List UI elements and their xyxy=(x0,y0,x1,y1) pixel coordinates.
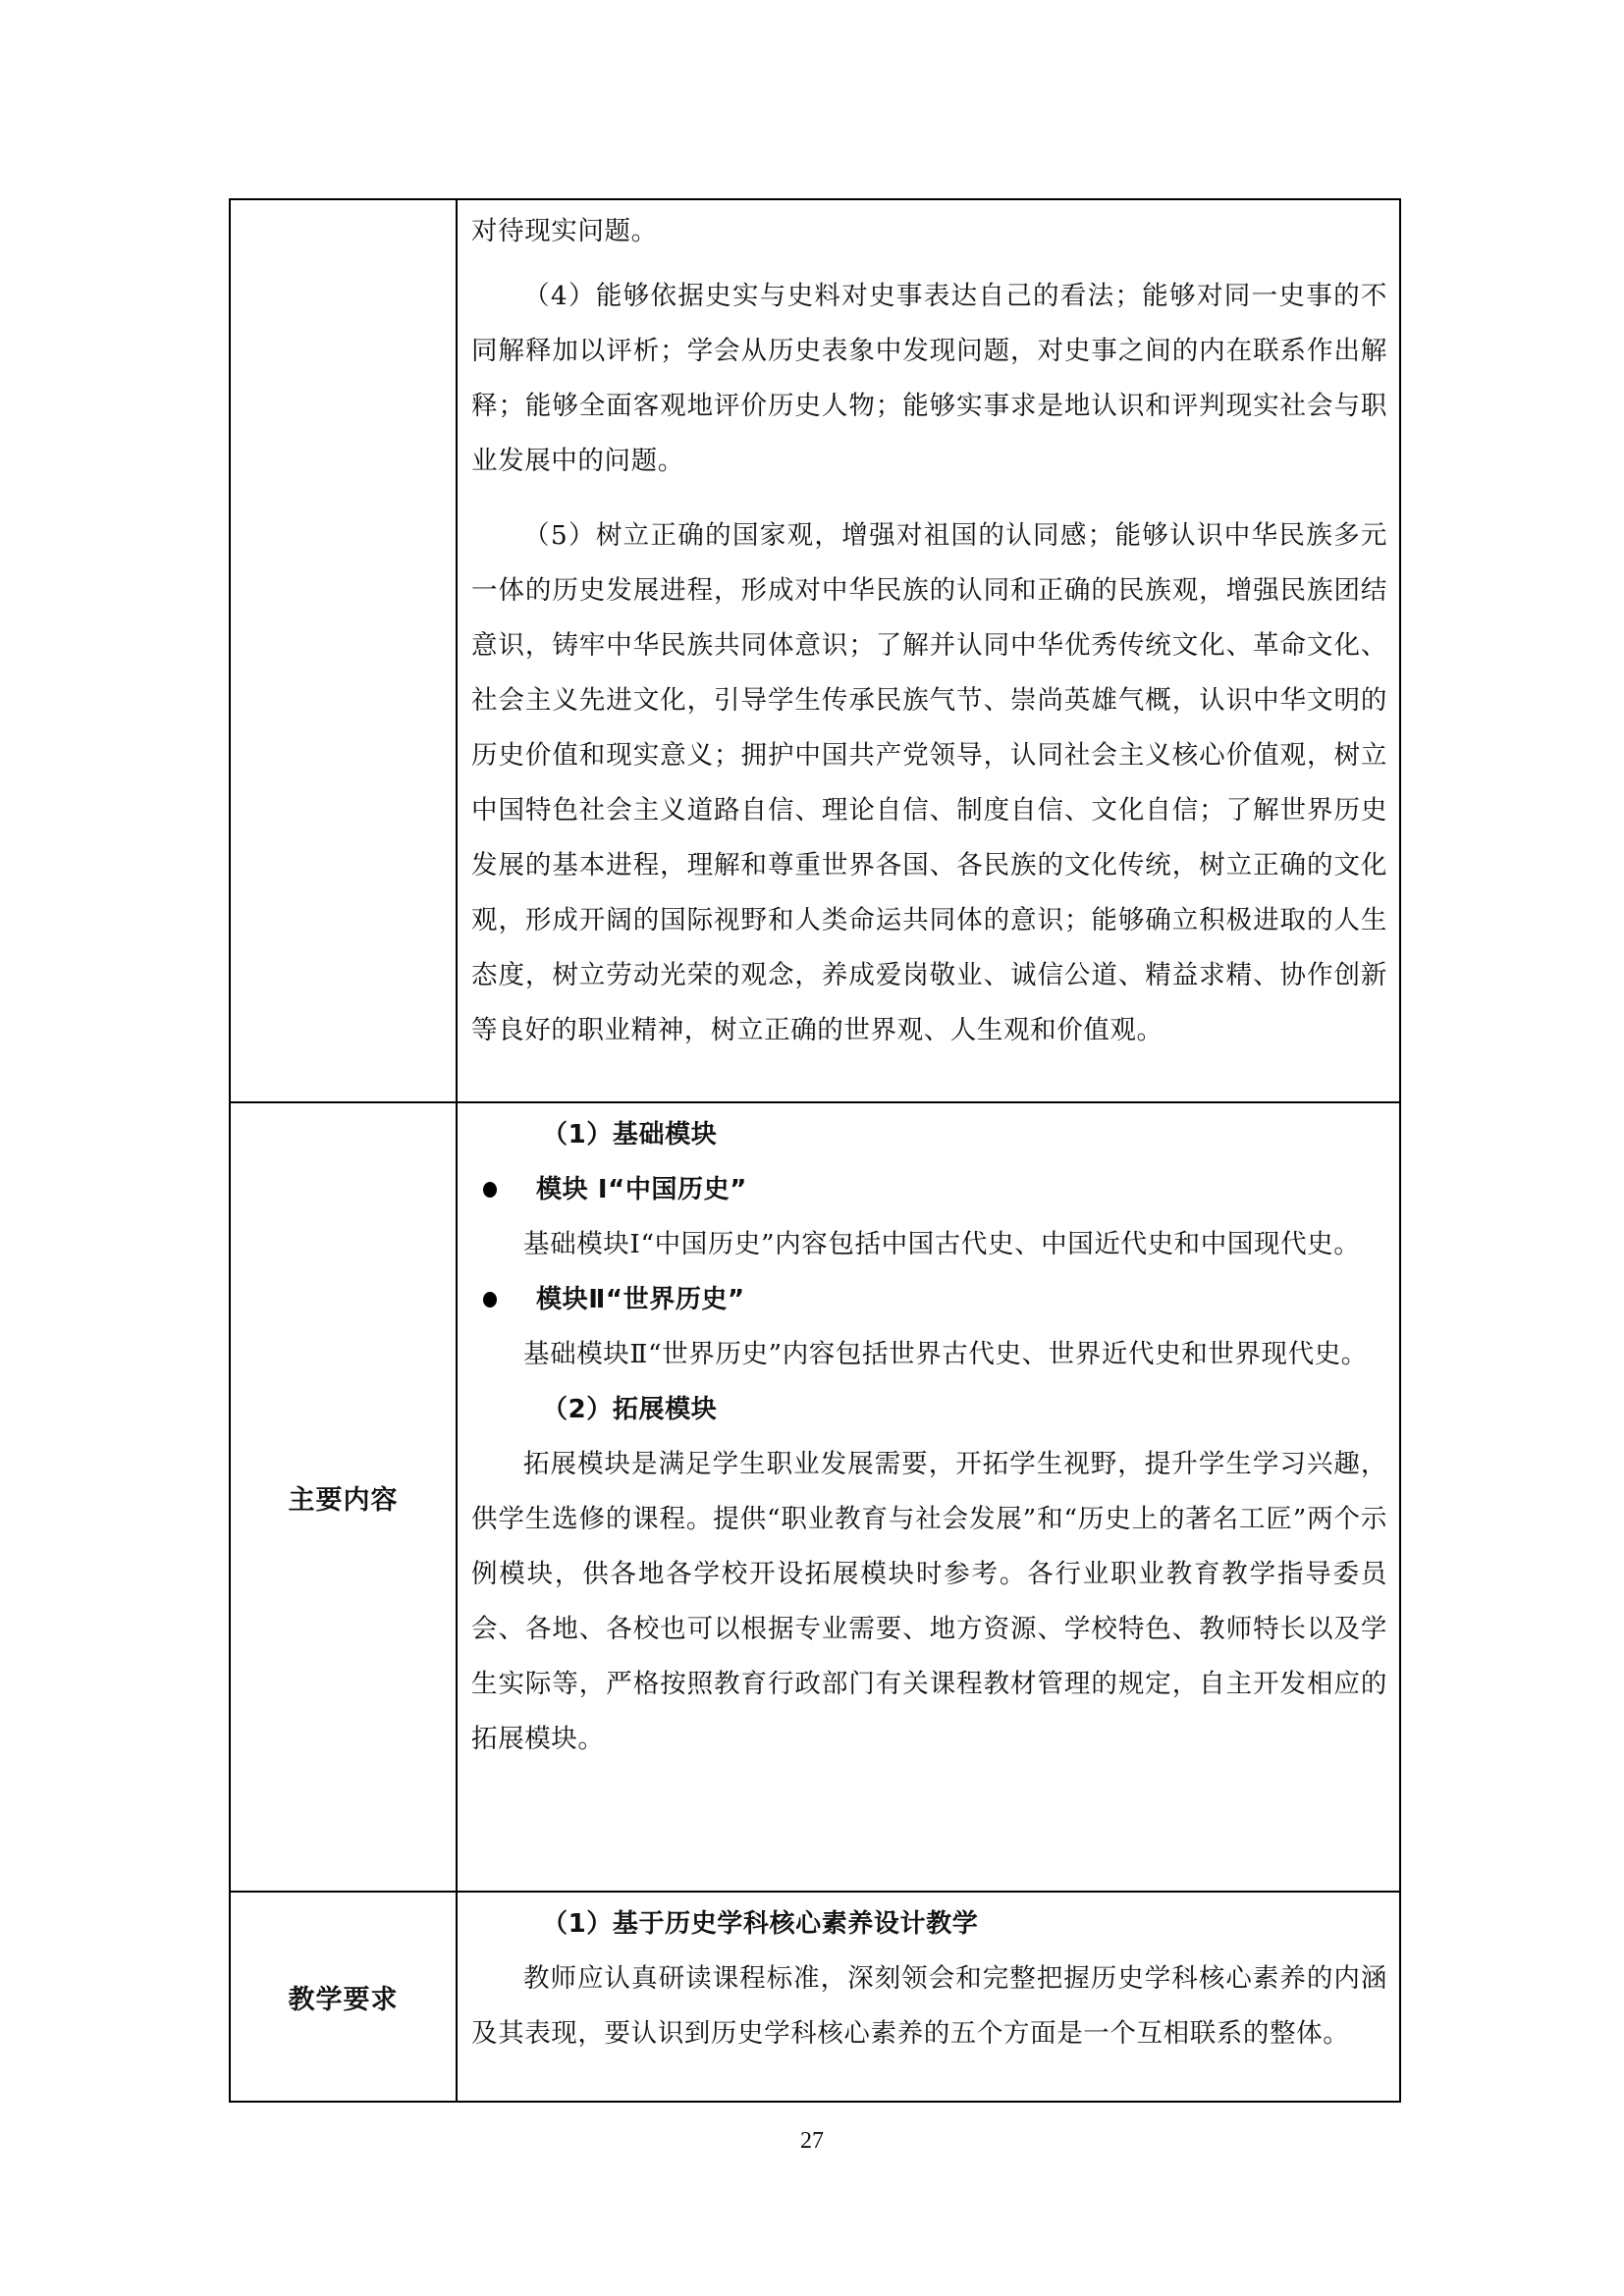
curriculum-table: 对待现实问题。 （4）能够依据史实与史料对史事表达自己的看法；能够对同一史事的不… xyxy=(229,198,1401,2103)
table-row-teaching-requirements: 教学要求 （1）基于历史学科核心素养设计教学 教师应认真研读课程标准，深刻领会和… xyxy=(230,1892,1400,2102)
bullet-title: 模块 Ⅰ“中国历史” xyxy=(536,1162,747,1217)
paragraph: 基础模块Ⅱ“世界历史”内容包括世界古代史、世界近代史和世界现代史。 xyxy=(471,1327,1387,1382)
row-content: 对待现实问题。 （4）能够依据史实与史料对史事表达自己的看法；能够对同一史事的不… xyxy=(457,199,1400,1102)
row-content: （1）基于历史学科核心素养设计教学 教师应认真研读课程标准，深刻领会和完整把握历… xyxy=(457,1892,1400,2102)
section-heading: （2）拓展模块 xyxy=(471,1382,1387,1437)
row-label: 主要内容 xyxy=(230,1102,457,1892)
row-content: （1）基础模块 模块 Ⅰ“中国历史” 基础模块Ⅰ“中国历史”内容包括中国古代史、… xyxy=(457,1102,1400,1892)
table-row-main-content: 主要内容 （1）基础模块 模块 Ⅰ“中国历史” 基础模块Ⅰ“中国历史”内容包括中… xyxy=(230,1102,1400,1892)
bullet-item: 模块 Ⅰ“中国历史” xyxy=(471,1162,1387,1217)
paragraph: （5）树立正确的国家观，增强对祖国的认同感；能够认识中华民族多元一体的历史发展进… xyxy=(471,508,1387,1058)
paragraph: 教师应认真研读课程标准，深刻领会和完整把握历史学科核心素养的内涵及其表现，要认识… xyxy=(471,1951,1387,2061)
table-row-goals-continued: 对待现实问题。 （4）能够依据史实与史料对史事表达自己的看法；能够对同一史事的不… xyxy=(230,199,1400,1102)
paragraph: 拓展模块是满足学生职业发展需要，开拓学生视野，提升学生学习兴趣，供学生选修的课程… xyxy=(471,1437,1387,1767)
paragraph: （4）能够依据史实与史料对史事表达自己的看法；能够对同一史事的不同解释加以评析；… xyxy=(471,269,1387,489)
row-label: 教学要求 xyxy=(230,1892,457,2102)
row-label xyxy=(230,199,457,1102)
bullet-icon xyxy=(483,1292,497,1308)
section-heading: （1）基于历史学科核心素养设计教学 xyxy=(471,1896,1387,1951)
section-heading: （1）基础模块 xyxy=(471,1107,1387,1162)
paragraph: 基础模块Ⅰ“中国历史”内容包括中国古代史、中国近代史和中国现代史。 xyxy=(471,1217,1387,1272)
paragraph: 对待现实问题。 xyxy=(471,204,1387,259)
page-number: 27 xyxy=(0,2128,1624,2155)
bullet-item: 模块Ⅱ“世界历史” xyxy=(471,1272,1387,1327)
bullet-title: 模块Ⅱ“世界历史” xyxy=(536,1272,745,1327)
bullet-icon xyxy=(483,1182,497,1198)
